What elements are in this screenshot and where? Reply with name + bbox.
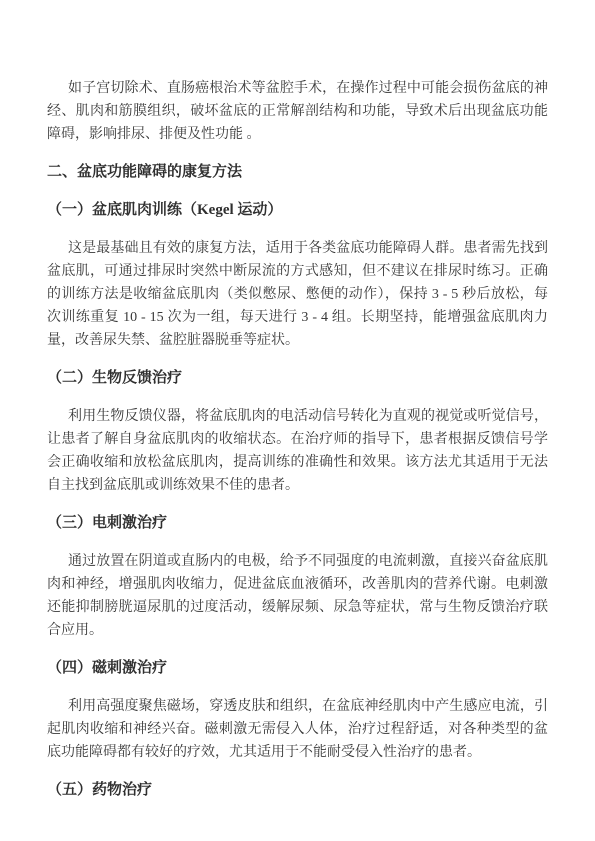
subsection-paragraph: 利用高强度聚焦磁场，穿透皮肤和组织，在盆底神经肌肉中产生感应电流，引起肌肉收缩和… xyxy=(47,695,548,764)
intro-paragraph: 如子宫切除术、直肠癌根治术等盆腔手术，在操作过程中可能会损伤盆底的神经、肌肉和筋… xyxy=(47,77,548,146)
subsection-heading: （二）生物反馈治疗 xyxy=(47,367,548,390)
subsection-magnetic-stimulation: （四）磁刺激治疗 利用高强度聚焦磁场，穿透皮肤和组织，在盆底神经肌肉中产生感应电… xyxy=(47,657,548,764)
subsection-heading: （一）盆底肌肉训练（Kegel 运动） xyxy=(47,199,548,222)
subsection-electrical-stimulation: （三）电刺激治疗 通过放置在阴道或直肠内的电极，给予不同强度的电流刺激，直接兴奋… xyxy=(47,512,548,642)
subsection-heading: （五）药物治疗 xyxy=(47,779,548,802)
subsection-biofeedback: （二）生物反馈治疗 利用生物反馈仪器，将盆底肌肉的电活动信号转化为直观的视觉或听… xyxy=(47,367,548,497)
subsection-medication: （五）药物治疗 xyxy=(47,779,548,802)
section-title: 二、盆底功能障碍的康复方法 xyxy=(47,161,548,184)
subsection-paragraph: 利用生物反馈仪器，将盆底肌肉的电活动信号转化为直观的视觉或听觉信号，让患者了解自… xyxy=(47,405,548,497)
subsection-paragraph: 通过放置在阴道或直肠内的电极，给予不同强度的电流刺激，直接兴奋盆底肌肉和神经，增… xyxy=(47,550,548,642)
subsection-heading: （四）磁刺激治疗 xyxy=(47,657,548,680)
subsection-kegel: （一）盆底肌肉训练（Kegel 运动） 这是最基础且有效的康复方法，适用于各类盆… xyxy=(47,199,548,352)
subsection-paragraph: 这是最基础且有效的康复方法，适用于各类盆底功能障碍人群。患者需先找到盆底肌，可通… xyxy=(47,237,548,352)
subsection-heading: （三）电刺激治疗 xyxy=(47,512,548,535)
document-page: 如子宫切除术、直肠癌根治术等盆腔手术，在操作过程中可能会损伤盆底的神经、肌肉和筋… xyxy=(0,0,595,841)
